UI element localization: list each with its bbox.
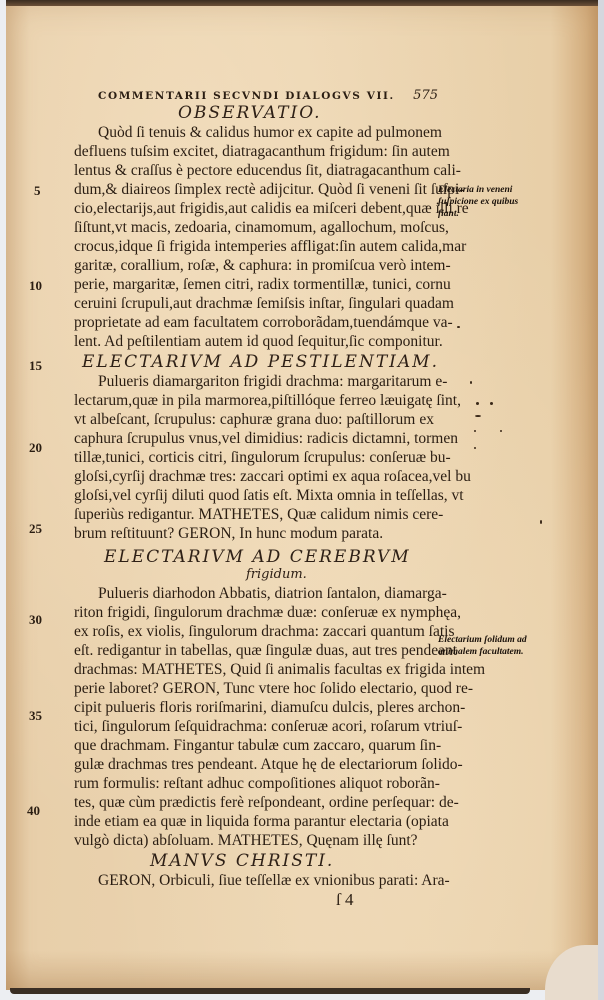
text-line: ſiſtunt,vt macis, zedoaria, cinamomum, a… — [74, 219, 434, 237]
line-number: 35 — [29, 708, 42, 724]
text-line: rum formulis: reſtant adhuc compoſitione… — [74, 775, 434, 793]
text-line: lectarum,quæ in pila marmorea,piſtillóqu… — [74, 392, 434, 410]
line-number: 25 — [29, 521, 42, 537]
section-subheading: frigidum. — [246, 567, 307, 582]
text-line: gloſsi,vel cyrſij diluti quod ſatis eſt.… — [74, 487, 434, 505]
line-number: 15 — [29, 358, 42, 374]
line-number: 30 — [29, 612, 42, 628]
text-line: garitæ, corallium, roſæ, & caphura: in p… — [74, 257, 434, 275]
section-heading: ELECTARIVM AD PESTILENTIAM. — [82, 352, 439, 372]
text-line: perie, margaritæ, ſemen citri, radix tor… — [74, 276, 434, 294]
running-head-title: COMMENTARII SECVNDI DIALOGVS VII. — [98, 90, 395, 102]
text-line: dum,& diaireos ſimplex rectè adijcitur. … — [74, 181, 434, 199]
signature-mark: ſ 4 — [336, 890, 353, 910]
text-line: Pulueris diamargariton frigidi drachma: … — [74, 373, 434, 391]
text-line: proprietate ad eam facultatem corroborãd… — [74, 314, 434, 332]
text-line: crocus,idque ſi frigida intemperies affl… — [74, 238, 434, 256]
text-line: vt albeſcant, ſcrupulus: caphuræ grana d… — [74, 411, 434, 429]
page-text: COMMENTARII SECVNDI DIALOGVS VII. 575 OB… — [0, 0, 604, 1000]
text-line: ex roſis, ex violis, ſingulorum drachma:… — [74, 623, 434, 641]
text-line: tes, quæ cùm prædictis ferè reſpondeant,… — [74, 794, 434, 812]
page-number: 575 — [413, 88, 438, 103]
text-line: ſuperiùs redigantur. MATHETES, Quæ calid… — [74, 506, 434, 524]
text-line: ceruini ſcrupuli,aut drachmæ ſemiſsis in… — [74, 295, 434, 313]
marginal-note: Electarium ſolidum ad animalem facultate… — [438, 634, 538, 658]
line-number: 10 — [29, 278, 42, 294]
text-line: caphura ſcrupulus vnus,vel dimidius: rad… — [74, 430, 434, 448]
text-line: que drachmam. Fingantur tabulæ cum zacca… — [74, 737, 434, 755]
line-number: 5 — [34, 183, 41, 199]
text-line: cio,electarijs,aut frigidis,aut calidis … — [74, 200, 434, 218]
text-line: perie laboret? GERON, Tunc vtere hoc ſol… — [74, 680, 434, 698]
text-line: GERON, Orbiculi, ſiue teſſellæ ex vnioni… — [74, 872, 434, 890]
text-line: riton frigidi, ſingulorum drachmæ duæ: c… — [74, 604, 434, 622]
text-line: lentus & craſſus è pectore educendus ſit… — [74, 162, 434, 180]
text-line: gloſsi,cyrſij drachmæ tres: zaccari opti… — [74, 468, 434, 486]
text-line: brum reſtituunt? GERON, In hunc modum pa… — [74, 525, 434, 543]
text-line: tici, ſingulorum ſeſquidrachma: conſeruæ… — [74, 718, 434, 736]
text-line: inde etiam ea quæ in liquida forma paran… — [74, 813, 434, 831]
text-line: Pulueris diarhodon Abbatis, diatrion ſan… — [74, 585, 434, 603]
line-number: 20 — [29, 440, 42, 456]
section-heading: ELECTARIVM AD CEREBRVM — [104, 547, 411, 567]
text-line: Quòd ſi tenuis & calidus humor ex capite… — [74, 124, 434, 142]
marginal-note: Electaria in veneni ſuſpicione ex quibus… — [438, 184, 538, 220]
text-line: tillæ,tunici, corticis citri, ſingulorum… — [74, 449, 434, 467]
text-line: vulgò dicta) abſoluam. MATHETES, Quęnam … — [74, 832, 434, 850]
running-head: COMMENTARII SECVNDI DIALOGVS VII. 575 — [98, 88, 438, 103]
section-heading: OBSERVATIO. — [178, 103, 322, 123]
text-line: lent. Ad peſtilentiam autem id quod ſequ… — [74, 333, 434, 351]
text-line: gulæ drachmas tres pendeant. Atque hę de… — [74, 756, 434, 774]
text-line: eſt. redigantur in tabellas, quæ ſingulæ… — [74, 642, 434, 660]
text-line: drachmas: MATHETES, Quid ſi animalis fac… — [74, 661, 434, 679]
line-number: 40 — [27, 803, 40, 819]
text-line: defluens tuſsim excitet, diatragacanthum… — [74, 143, 434, 161]
section-heading: MANVS CHRISTI. — [150, 851, 334, 871]
text-line: cipit pulueris floris roriſmarini, diamu… — [74, 699, 434, 717]
